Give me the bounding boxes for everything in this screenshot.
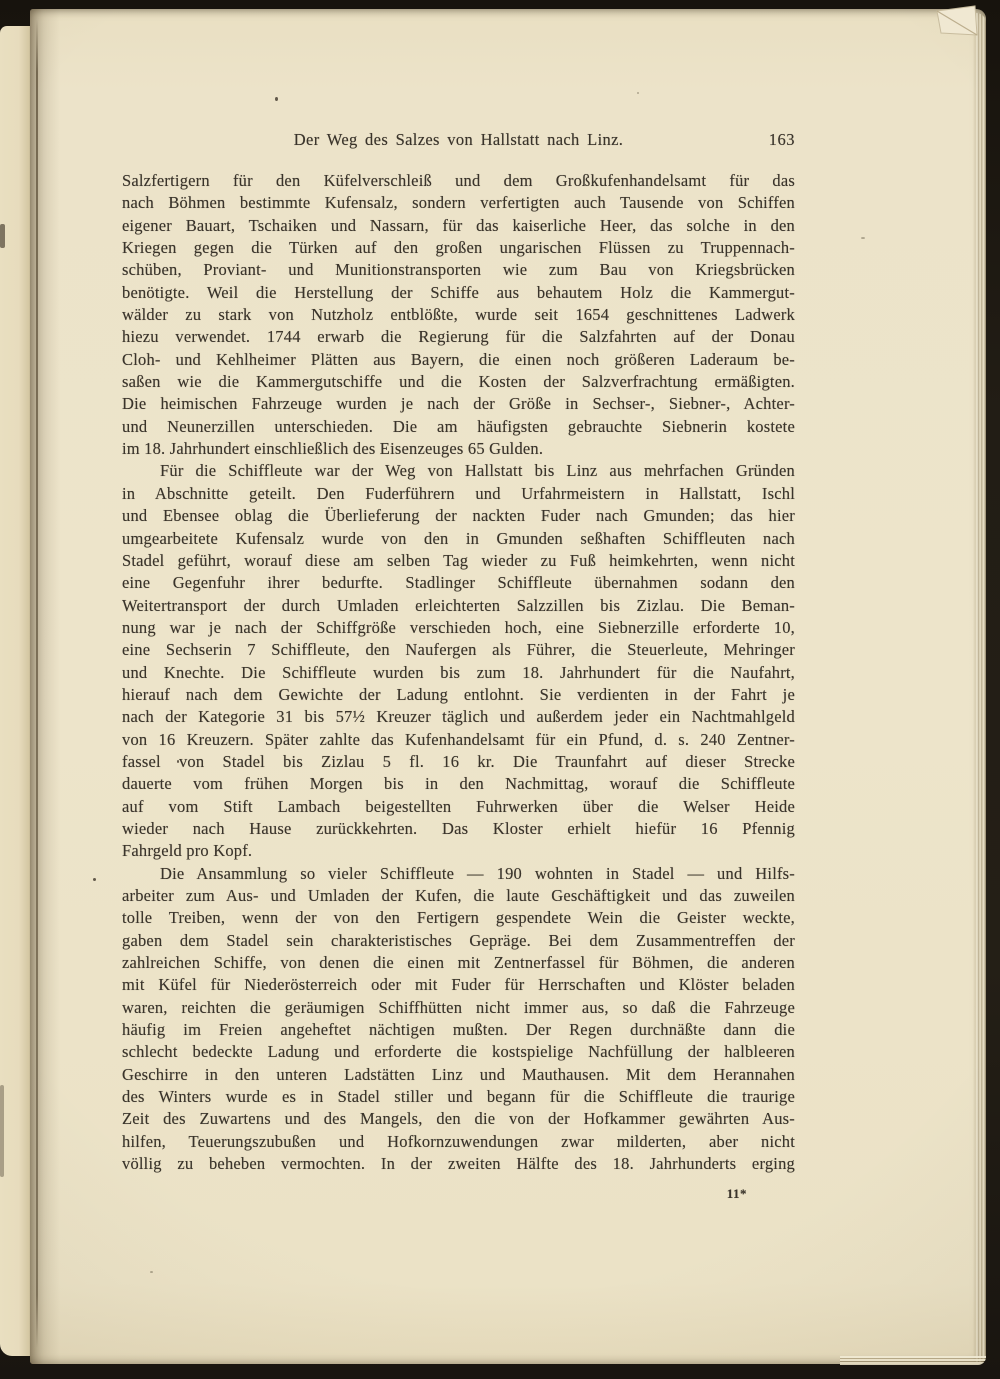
text-line: wieder nach Hause zurückkehrten. Das Klo… [122, 818, 795, 840]
scan-speck [275, 97, 278, 101]
text-line: eine Sechserin 7 Schiffleute, den Naufer… [122, 639, 795, 661]
text-line: Cloh- und Kehlheimer Plätten aus Bayern,… [122, 349, 795, 371]
book-scan: Der Weg des Salzes von Hallstatt nach Li… [0, 0, 1000, 1379]
signature-mark: 11* [122, 1186, 747, 1202]
corner-fold [930, 3, 982, 41]
text-line: hilfen, Teuerungszubußen und Hofkornzuwe… [122, 1131, 795, 1153]
text-line: schüben, Proviant- und Munitionstranspor… [122, 259, 795, 281]
text-line: und Neunerzillen unterschieden. Die am h… [122, 416, 795, 438]
text-line: gaben dem Stadel sein charakteristisches… [122, 930, 795, 952]
body-text: Salzfertigern für den Küfelverschleiß un… [122, 170, 795, 1175]
gutter-shadow [30, 9, 60, 1364]
text-line: völlig zu beheben vermochten. In der zwe… [122, 1153, 795, 1175]
text-line: mit Küfel für Niederösterreich oder mit … [122, 974, 795, 996]
text-line: Für die Schiffleute war der Weg von Hall… [122, 460, 795, 482]
text-line: zahlreichen Schiffe, von denen die einen… [122, 952, 795, 974]
book-page: Der Weg des Salzes von Hallstatt nach Li… [30, 9, 986, 1364]
text-line: Die heimischen Fahrzeuge wurden je nach … [122, 393, 795, 415]
text-line: hierauf nach dem Gewichte der Ladung ent… [122, 684, 795, 706]
text-line: Salzfertigern für den Küfelverschleiß un… [122, 170, 795, 192]
text-line: fassel von Stadel bis Zizlau 5 fl. 16 kr… [122, 751, 795, 773]
text-line: benötigte. Weil die Herstellung der Schi… [122, 282, 795, 304]
scan-speck [0, 1085, 4, 1177]
text-line: von 16 Kreuzern. Später zahlte das Kufen… [122, 729, 795, 751]
text-line: nach der Kategorie 31 bis 57½ Kreuzer tä… [122, 706, 795, 728]
text-line: Weitertransport der durch Umladen erleic… [122, 595, 795, 617]
running-title: Der Weg des Salzes von Hallstatt nach Li… [122, 130, 795, 150]
text-line: nach Böhmen bestimmte Kufensalz, sondern… [122, 192, 795, 214]
text-line: im 18. Jahrhundert einschließlich des Ei… [122, 438, 795, 460]
text-line: hiezu verwendet. 1744 erwarb die Regieru… [122, 326, 795, 348]
text-line: tolle Treiben, wenn der von den Fertiger… [122, 907, 795, 929]
text-line: eine Gegenfuhr ihrer bedurfte. Stadlinge… [122, 572, 795, 594]
bottom-page-edges [840, 1356, 986, 1365]
scan-speck [861, 237, 865, 239]
scan-speck [177, 760, 179, 763]
text-line: saßen wie die Kammergutschiffe und die K… [122, 371, 795, 393]
text-line: wälder zu stark von Nutzholz entblößte, … [122, 304, 795, 326]
text-line: eigener Bauart, Tschaiken und Nassarn, f… [122, 215, 795, 237]
adjacent-page-edge [0, 26, 34, 1356]
text-line: Zeit des Zuwartens und des Mangels, den … [122, 1108, 795, 1130]
text-line: des Winters wurde es in Stadel stiller u… [122, 1086, 795, 1108]
page-stack-edge-right [973, 13, 986, 1362]
text-line: auf vom Stift Lambach beigestellten Fuhr… [122, 796, 795, 818]
text-line: Die Ansammlung so vieler Schiffleute — 1… [122, 863, 795, 885]
page-header: Der Weg des Salzes von Hallstatt nach Li… [122, 130, 795, 154]
text-line: Geschirre in den unteren Ladstätten Linz… [122, 1064, 795, 1086]
text-line: und Ebensee oblag die Überlieferung der … [122, 505, 795, 527]
text-line: schlecht bedeckte Ladung und erforderte … [122, 1041, 795, 1063]
text-line: waren, reichten die geräumigen Schiffhüt… [122, 997, 795, 1019]
text-line: Stadel geführt, worauf diese am selben T… [122, 550, 795, 572]
text-line: dauerte vom frühen Morgen bis in den Nac… [122, 773, 795, 795]
scan-speck [150, 1271, 153, 1273]
text-line: und Knechte. Die Schiffleute wurden bis … [122, 662, 795, 684]
scan-speck [0, 224, 5, 248]
scan-speck [637, 92, 639, 94]
gutter-line [36, 19, 38, 1348]
page-number: 163 [769, 130, 795, 150]
text-line: arbeiter zum Aus- und Umladen der Kufen,… [122, 885, 795, 907]
text-line: in Abschnitte geteilt. Den Fuderführern … [122, 483, 795, 505]
text-line: Fahrgeld pro Kopf. [122, 840, 795, 862]
text-line: häufig im Freien angeheftet nächtigen mu… [122, 1019, 795, 1041]
text-line: nung war je nach der Schiffgröße verschi… [122, 617, 795, 639]
scan-speck [93, 878, 96, 881]
text-line: umgearbeitete Kufensalz wurde von den in… [122, 528, 795, 550]
text-line: Kriegen gegen die Türken auf den großen … [122, 237, 795, 259]
